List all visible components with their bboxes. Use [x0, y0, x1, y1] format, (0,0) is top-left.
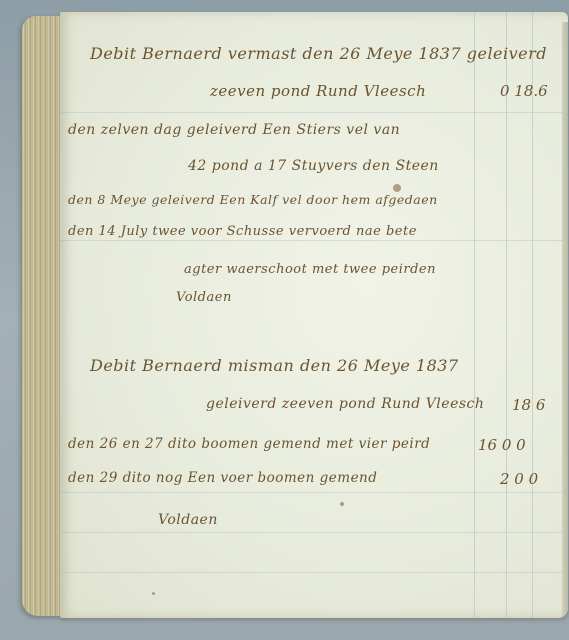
entry-1-line-3: den zelven dag geleiverd Een Stiers vel …	[68, 122, 400, 138]
rule-line	[60, 572, 568, 573]
ink-stain	[393, 184, 401, 192]
entry-2-line-1: Debit Bernaerd misman den 26 Meye 1837	[90, 356, 459, 375]
entry-2-amount-2: 16 0 0	[478, 436, 526, 454]
entry-2-line-4: den 29 dito nog Een voer boomen gemend	[68, 470, 377, 486]
ink-stain	[340, 502, 344, 506]
entry-1-line-1: Debit Bernaerd vermast den 26 Meye 1837 …	[90, 44, 547, 63]
ledger-page: Debit Bernaerd vermast den 26 Meye 1837 …	[60, 12, 568, 618]
rule-line	[60, 112, 568, 113]
entry-1-amount: 0 18.6	[500, 82, 548, 100]
page-edge-right	[562, 22, 568, 618]
entry-2-line-3: den 26 en 27 dito boomen gemend met vier…	[68, 436, 430, 452]
entry-2-line-2: geleiverd zeeven pond Rund Vleesch	[206, 396, 484, 412]
column-rule	[474, 12, 475, 618]
ink-stain	[152, 592, 155, 595]
column-rule	[506, 12, 507, 618]
entry-1-line-2: zeeven pond Rund Vleesch	[210, 82, 426, 100]
entry-1-line-7: agter waerschoot met twee peirden	[184, 262, 436, 277]
entry-1-settled: Voldaen	[176, 290, 232, 305]
entry-2-amount-1: 18 6	[512, 396, 545, 414]
entry-1-line-4: 42 pond a 17 Stuyvers den Steen	[188, 158, 439, 174]
entry-2-amount-3: 2 0 0	[500, 470, 538, 488]
rule-line	[60, 240, 568, 241]
entry-1-line-5: den 8 Meye geleiverd Een Kalf vel door h…	[68, 192, 438, 207]
entry-1-line-6: den 14 July twee voor Schusse vervoerd n…	[68, 224, 417, 239]
column-rule	[532, 12, 533, 618]
rule-line	[60, 492, 568, 493]
rule-line	[60, 532, 568, 533]
ledger-book: Debit Bernaerd vermast den 26 Meye 1837 …	[22, 8, 568, 630]
entry-2-settled: Voldaen	[158, 512, 218, 528]
